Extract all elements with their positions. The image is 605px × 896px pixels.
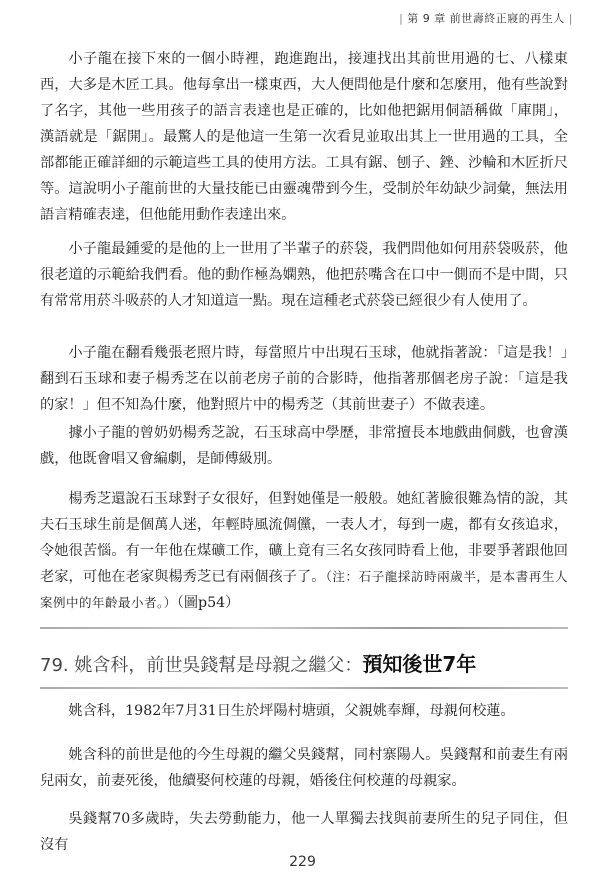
chapter-number: 第 9 章 (407, 12, 446, 25)
figure-reference: （圖p54） (177, 595, 240, 611)
paragraph-text: 小子龍在接下來的一個小時裡，跑進跑出，接連找出其前世用過的七、八樣東西，大多是木… (40, 46, 568, 228)
divider: | (399, 12, 403, 25)
paragraph-5: 楊秀芝還說石玉球對子女很好，但對她僅是一般般。她紅著臉很難為情的說，其夫石玉球生… (40, 486, 568, 616)
section-heading: 79. 姚含科，前世吳錢幫是母親之繼父：預知後世7年 (40, 648, 568, 677)
section-rule-top (40, 627, 568, 629)
section-rule-bottom (40, 687, 568, 689)
divider: | (569, 12, 573, 25)
paragraph-4: 據小子龍的曾奶奶楊秀芝說，石玉球高中學歷，非常擅長本地戲曲侗戲，也會漢戲，他既會… (40, 420, 568, 472)
paragraph-2: 小子龍最鍾愛的是他的上一世用了半輩子的菸袋，我們問他如何用菸袋吸菸，他很老道的示… (40, 236, 568, 314)
section-heading-text: 79. 姚含科，前世吳錢幫是母親之繼父： (40, 655, 362, 676)
paragraph-text: 姚含科的前世是他的今生母親的繼父吳錢幫，同村寨陽人。吳錢幫和前妻生有兩兒兩女，前… (40, 742, 568, 794)
paragraph-3: 小子龍在翻看幾張老照片時，每當照片中出現石玉球，他就指著說：「這是我！」翻到石玉… (40, 340, 568, 418)
paragraph-text: 姚含科，1982年7月31日生於坪陽村塘頭，父親姚奉輝，母親何校蓮。 (40, 698, 568, 724)
paragraph-7: 姚含科的前世是他的今生母親的繼父吳錢幫，同村寨陽人。吳錢幫和前妻生有兩兒兩女，前… (40, 742, 568, 794)
paragraph-text: 吳錢幫70多歲時，失去勞動能力，他一人單獨去找與前妻所生的兒子同住，但沒有 (40, 806, 568, 858)
paragraph-6: 姚含科，1982年7月31日生於坪陽村塘頭，父親姚奉輝，母親何校蓮。 (40, 698, 568, 724)
paragraph-1: 小子龍在接下來的一個小時裡，跑進跑出，接連找出其前世用過的七、八樣東西，大多是木… (40, 46, 568, 228)
chapter-title: 前世壽終正寢的再生人 (450, 12, 565, 25)
paragraph-text: 小子龍最鍾愛的是他的上一世用了半輩子的菸袋，我們問他如何用菸袋吸菸，他很老道的示… (40, 236, 568, 314)
paragraph-text: 小子龍在翻看幾張老照片時，每當照片中出現石玉球，他就指著說：「這是我！」翻到石玉… (40, 340, 568, 418)
section-heading-emphasis: 預知後世7年 (362, 652, 476, 676)
running-head: |第 9 章 前世壽終正寢的再生人| (395, 10, 577, 26)
page-number: 229 (0, 854, 605, 870)
paragraph-text: 楊秀芝還說石玉球對子女很好，但對她僅是一般般。她紅著臉很難為情的說，其夫石玉球生… (40, 486, 568, 616)
paragraph-8: 吳錢幫70多歲時，失去勞動能力，他一人單獨去找與前妻所生的兒子同住，但沒有 (40, 806, 568, 858)
paragraph-text: 據小子龍的曾奶奶楊秀芝說，石玉球高中學歷，非常擅長本地戲曲侗戲，也會漢戲，他既會… (40, 420, 568, 472)
